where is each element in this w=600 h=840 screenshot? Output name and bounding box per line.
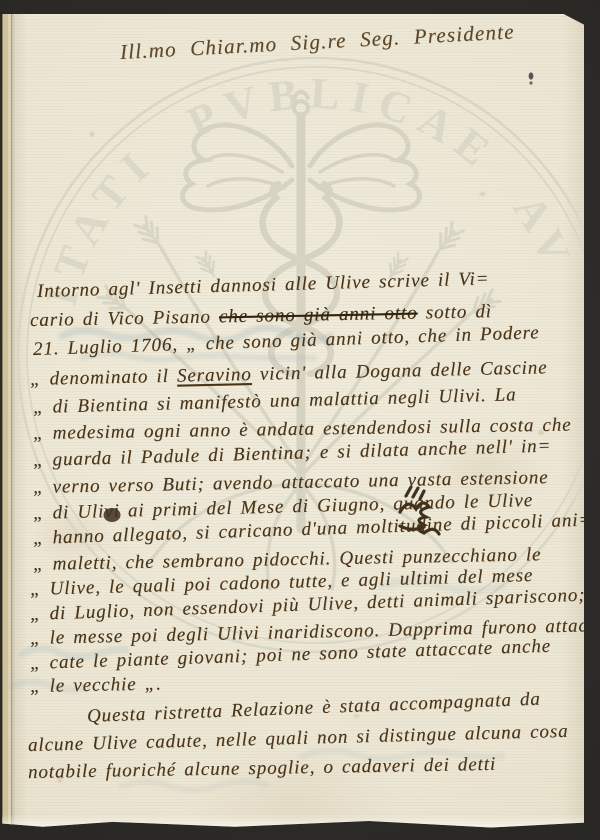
photo-backdrop: ITATI PVBLICAE AV [0, 0, 600, 840]
manuscript-line: notabile fuoriché alcune spoglie, o cada… [28, 754, 496, 784]
foxing-spot [90, 132, 94, 136]
manuscript-line: „ le vecchie „. [30, 673, 162, 697]
line-text: „ denominato il [30, 366, 177, 390]
line-text: sotto dì [417, 301, 492, 323]
underlined-placename: Seravino [177, 364, 252, 387]
manuscript-page: ITATI PVBLICAE AV [2, 14, 584, 830]
line-text: vicin' alla Dogana delle Cascine [251, 357, 547, 385]
header-inscription: Ill.mo Chiar.mo Sig.re Seg. Presidente [119, 19, 515, 65]
manuscript-line: Intorno agl' Insetti dannosi alle Ulive … [37, 268, 490, 302]
manuscript-line: „ di Bientina si manifestò una malattia … [33, 384, 517, 418]
page-binding-edge [2, 14, 15, 830]
ink-speck [529, 72, 534, 79]
struck-text: che sono già anni otto [219, 303, 418, 328]
line-text: cario di Vico Pisano [30, 306, 219, 331]
foxing-spot [480, 192, 485, 196]
ink-speck [529, 81, 532, 84]
